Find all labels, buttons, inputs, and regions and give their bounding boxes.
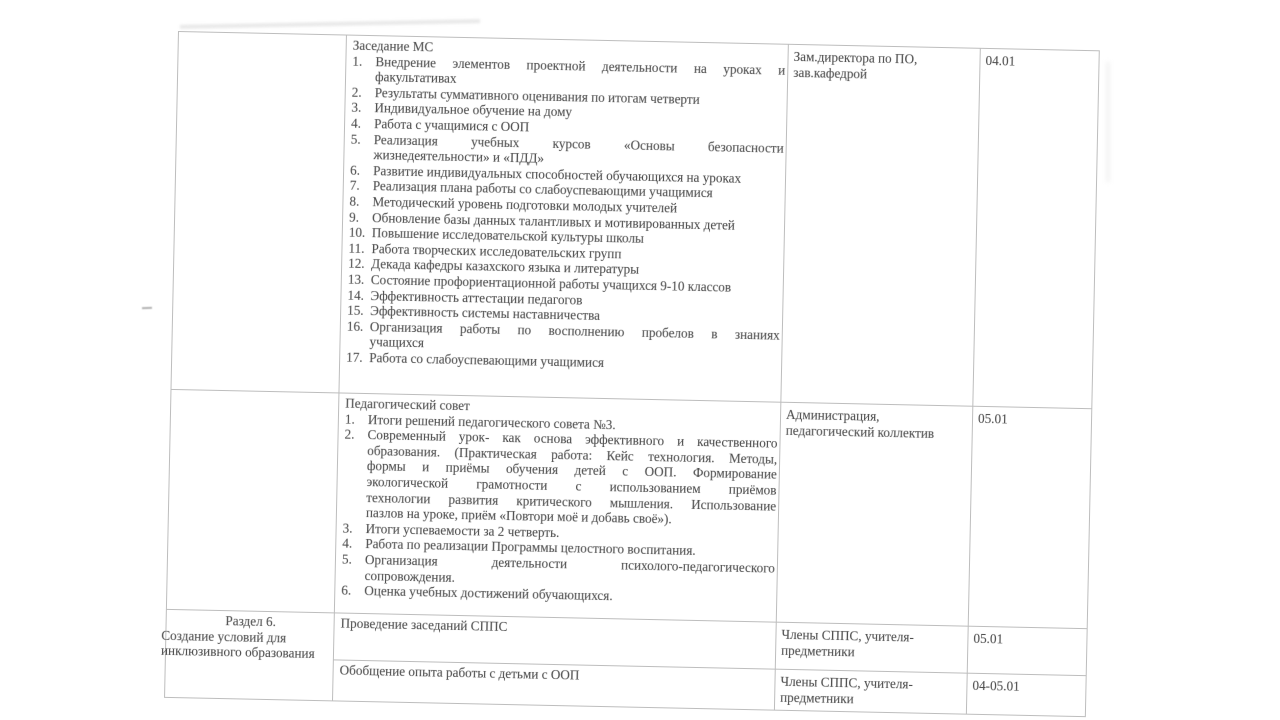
item-number: 15. — [347, 303, 364, 319]
item-number: 5. — [351, 131, 361, 147]
item-number: 4. — [351, 116, 361, 132]
item-number: 1. — [352, 53, 362, 69]
table-row: Педагогический совет 1.Итоги решений пед… — [166, 389, 1091, 628]
section-cell-empty-2 — [166, 389, 339, 612]
section-subtitle: Создание условий для инклюзивного образо… — [161, 627, 334, 662]
content-cell-ms-meeting: Заседание МС 1.Внедрение элементов проек… — [339, 35, 788, 402]
item-number: 17. — [346, 349, 363, 365]
table-row: Заседание МС 1.Внедрение элементов проек… — [171, 32, 1099, 409]
item-text: Современный урок- как основа эффективног… — [366, 427, 778, 529]
item-number: 7. — [350, 178, 360, 194]
date-cell: 04-05.01 — [966, 673, 1086, 716]
item-number: 2. — [352, 84, 362, 100]
responsible-cell: Зам.директора по ПО, зав.кафедрой — [781, 44, 980, 406]
numbered-list: 1.Внедрение элементов проектной деятельн… — [346, 53, 785, 374]
item-number: 6. — [350, 162, 360, 178]
table-wrapper: Заседание МС 1.Внедрение элементов проек… — [164, 31, 1099, 717]
scan-smudge-artifact — [1106, 62, 1110, 182]
responsible-cell: Члены СППС, учителя-предметники — [774, 669, 967, 714]
item-number: 2. — [344, 427, 354, 443]
item-number: 3. — [342, 520, 352, 536]
item-number: 11. — [348, 240, 364, 256]
item-number: 6. — [341, 583, 351, 599]
list-item: 2.Современный урок- как основа эффективн… — [343, 427, 778, 530]
section-cell-empty-1 — [171, 32, 346, 393]
item-number: 5. — [342, 551, 352, 567]
item-number: 9. — [349, 209, 359, 225]
item-number: 14. — [347, 287, 364, 303]
content-cell-oop-experience: Обобщение опыта работы с детьми с ООП — [333, 660, 776, 710]
responsible-cell: Члены СППС, учителя-предметники — [775, 622, 968, 673]
content-cell-ped-council: Педагогический совет 1.Итоги решений пед… — [334, 393, 781, 622]
date-cell: 04.01 — [973, 48, 1099, 408]
responsible-cell: Администрация, педагогический коллектив — [776, 402, 973, 626]
scan-dash-artifact — [142, 307, 152, 309]
item-number: 1. — [345, 411, 355, 427]
item-number: 3. — [351, 100, 361, 116]
item-number: 10. — [349, 225, 366, 241]
section-cell-razdel-6: Раздел 6. Создание условий для инклюзивн… — [165, 609, 335, 700]
date-cell: 05.01 — [968, 406, 1092, 628]
date-cell: 05.01 — [967, 626, 1087, 675]
item-number: 13. — [348, 272, 365, 288]
item-number: 12. — [348, 256, 365, 272]
item-number: 4. — [342, 536, 352, 552]
scan-streak-artifact — [180, 19, 480, 29]
numbered-list: 1.Итоги решений педагогического совета №… — [341, 411, 778, 607]
work-plan-table: Заседание МС 1.Внедрение элементов проек… — [164, 31, 1100, 717]
item-number: 16. — [347, 318, 364, 334]
scanned-page: Заседание МС 1.Внедрение элементов проек… — [0, 0, 1280, 720]
item-number: 8. — [349, 194, 359, 210]
